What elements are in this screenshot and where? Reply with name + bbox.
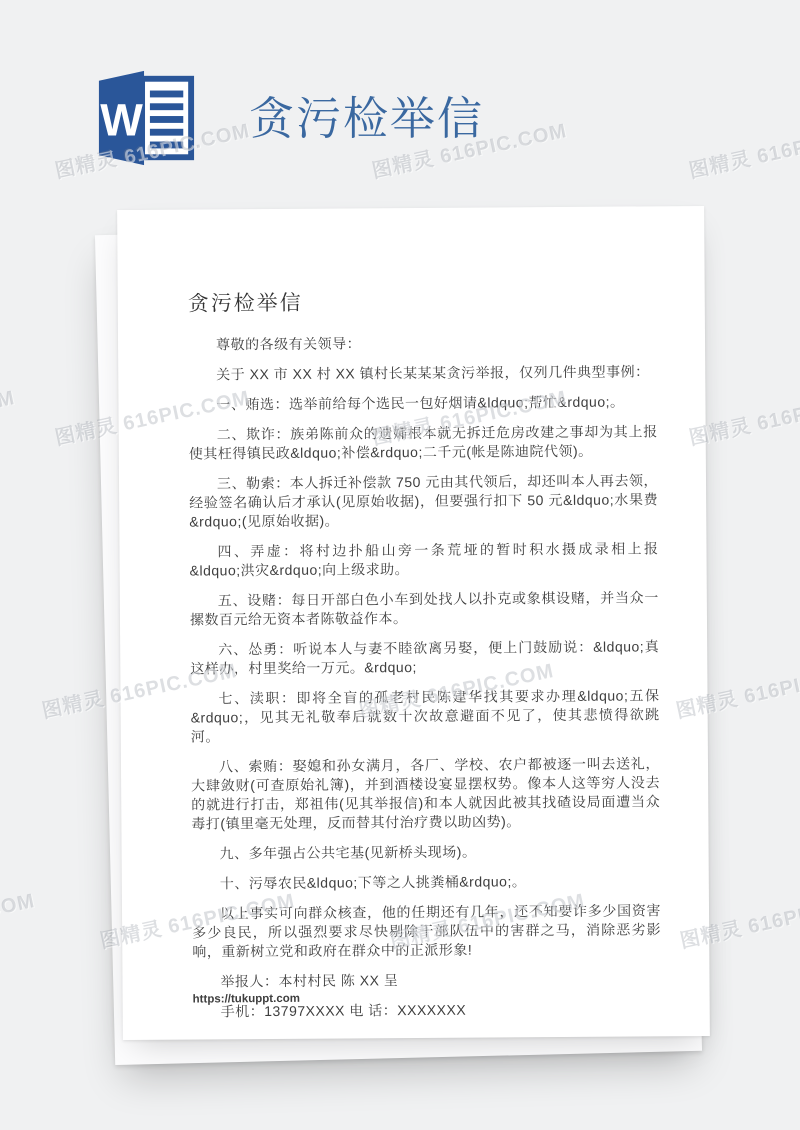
doc-paragraph: 一、贿选：选举前给每个选民一包好烟请&ldquo;帮忙&rdquo;。 [188,392,657,414]
document-page: 贪污检举信 尊敬的各级有关领导： 关于 XX 市 XX 村 XX 镇村长某某某贪… [117,206,710,1040]
svg-text:W: W [100,95,143,146]
document-title: 贪污检举信 [188,284,657,317]
doc-paragraph: 二、欺诈：族弟陈前众的遗孀根本就无拆迁危房改建之事却为其上报使其枉得镇民政&ld… [189,422,658,463]
doc-paragraph: 六、怂勇：听说本人与妻不睦欲离另娶，便上门鼓励说：&ldquo;真这样办，村里奖… [190,637,659,678]
doc-paragraph: 八、索贿：娶媳和孙女满月，各厂、学校、农户都被逐一叫去送礼，大肆敛财(可查原始礼… [191,754,661,833]
doc-paragraph: 四、弄虚：将村边扑船山旁一条荒垭的暂时积水摄成录相上报&ldquo;洪灾&rdq… [189,539,658,580]
doc-paragraph: 十、污辱农民&ldquo;下等之人挑粪桶&rdquo;。 [192,871,661,893]
watermark-text: 图精灵 616PIC.COM [686,114,800,184]
doc-paragraph: 九、多年强占公共宅基(见新桥头现场)。 [192,841,661,863]
doc-paragraph: 尊敬的各级有关领导： [188,332,657,354]
doc-paragraph: 三、勒索：本人拆迁补偿款 750 元由其代领后，却还叫本人再去领，经验签名确认后… [189,471,658,531]
word-icon: W [95,68,197,168]
doc-paragraph: 关于 XX 市 XX 村 XX 镇村长某某某贪污举报，仅列几件典型事例： [188,362,657,384]
watermark-text: 图精灵 616PIC.COM [0,884,37,954]
document-footer-link: https://tukuppt.com [193,993,300,1006]
doc-paragraph: 七、渎职：即将全盲的孤老村民陈建华找其要求办理&ldquo;五保&rdquo;，… [190,686,659,746]
header: W 贪污检举信 [95,68,484,168]
watermark-text: 图精灵 616PIC.COM [0,381,17,451]
doc-paragraph: 五、设赌：每日开部白色小车到处找人以扑克或象棋设赌，并当众一摞数百元给无资本者陈… [190,588,659,629]
page-title: 贪污检举信 [249,96,484,141]
doc-paragraph: 以上事实可向群众核查，他的任期还有几年，还不知要诈多少国资害多少良民，所以强烈要… [192,901,661,961]
page-background: W 贪污检举信 贪污检举信 尊敬的各级有关领导： 关于 XX 市 XX 村 XX… [0,0,800,1130]
document-body: 尊敬的各级有关领导： 关于 XX 市 XX 村 XX 镇村长某某某贪污举报，仅列… [188,332,662,1021]
doc-paragraph: 举报人：本村村民 陈 XX 呈 [192,969,661,991]
